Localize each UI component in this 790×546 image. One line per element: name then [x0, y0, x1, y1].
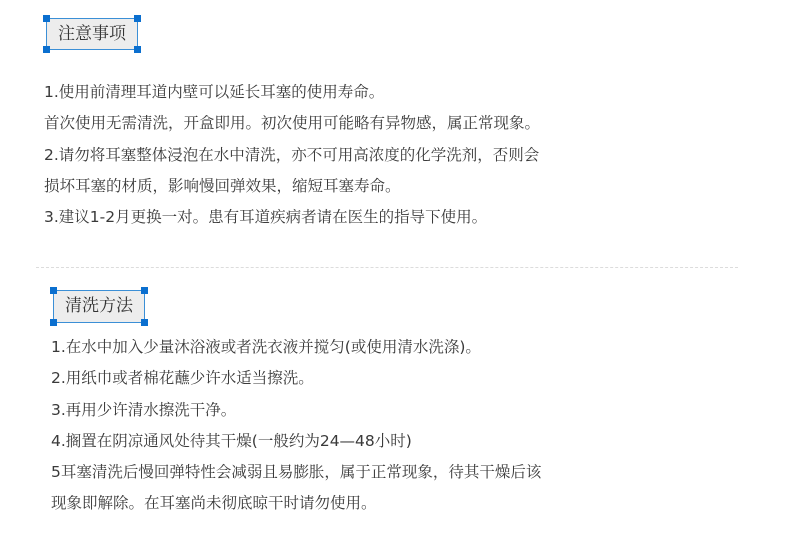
section-divider — [36, 267, 738, 268]
cleaning-line: 1.在水中加入少量沐浴液或者洗衣液并搅匀(或使用清水洗涤)。 — [51, 332, 541, 363]
notes-line: 1.使用前清理耳道内壁可以延长耳塞的使用寿命。 — [44, 77, 540, 108]
resize-handle-bottom-left[interactable] — [43, 46, 50, 53]
resize-handle-bottom-right[interactable] — [141, 319, 148, 326]
notes-line: 首次使用无需清洗，开盒即用。初次使用可能略有异物感，属正常现象。 — [44, 108, 540, 139]
resize-handle-top-left[interactable] — [50, 287, 57, 294]
resize-handle-top-left[interactable] — [43, 15, 50, 22]
section-title-cleaning-text: 清洗方法 — [65, 296, 133, 316]
cleaning-line: 3.再用少许清水擦洗干净。 — [51, 395, 541, 426]
section-title-notes-text: 注意事项 — [58, 24, 126, 44]
notes-line: 损坏耳塞的材质，影响慢回弹效果，缩短耳塞寿命。 — [44, 171, 540, 202]
cleaning-line: 2.用纸巾或者棉花蘸少许水适当擦洗。 — [51, 363, 541, 394]
resize-handle-top-right[interactable] — [141, 287, 148, 294]
section-title-notes[interactable]: 注意事项 — [46, 18, 138, 50]
cleaning-body: 1.在水中加入少量沐浴液或者洗衣液并搅匀(或使用清水洗涤)。 2.用纸巾或者棉花… — [51, 332, 541, 520]
cleaning-line: 现象即解除。在耳塞尚未彻底晾干时请勿使用。 — [51, 488, 541, 519]
notes-line: 3.建议1-2月更换一对。患有耳道疾病者请在医生的指导下使用。 — [44, 202, 540, 233]
cleaning-line: 5耳塞清洗后慢回弹特性会减弱且易膨胀，属于正常现象，待其干燥后该 — [51, 457, 541, 488]
section-title-cleaning[interactable]: 清洗方法 — [53, 290, 145, 323]
resize-handle-bottom-left[interactable] — [50, 319, 57, 326]
resize-handle-top-right[interactable] — [134, 15, 141, 22]
notes-body: 1.使用前清理耳道内壁可以延长耳塞的使用寿命。 首次使用无需清洗，开盒即用。初次… — [44, 77, 540, 233]
resize-handle-bottom-right[interactable] — [134, 46, 141, 53]
notes-line: 2.请勿将耳塞整体浸泡在水中清洗，亦不可用高浓度的化学洗剂，否则会 — [44, 140, 540, 171]
cleaning-line: 4.搁置在阴凉通风处待其干燥(一般约为24—48小时) — [51, 426, 541, 457]
